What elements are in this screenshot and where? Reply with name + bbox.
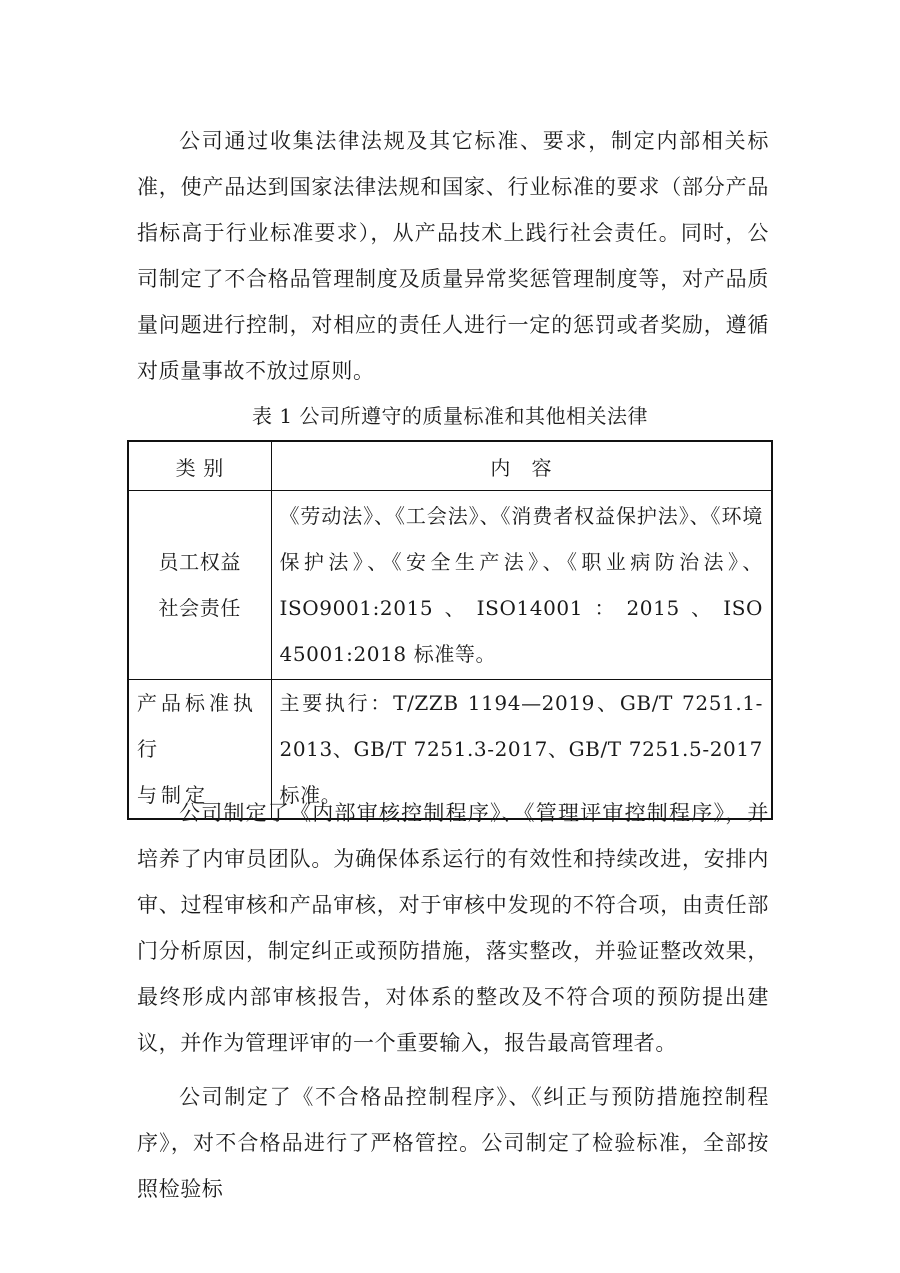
standards-table: 类 别 内 容 员工权益 社会责任 《劳动法》、《工会法》、《消费者权益保护法》… (127, 440, 773, 820)
header-category: 类 别 (128, 441, 271, 491)
row-category: 员工权益 社会责任 (128, 491, 271, 680)
document-page: 公司通过收集法律法规及其它标准、要求，制定内部相关标准，使产品达到国家法律法规和… (0, 0, 900, 1273)
category-line: 社会责任 (137, 585, 263, 631)
paragraph-internal-audit: 公司制定了《内部审核控制程序》、《管理评审控制程序》，并培养了内审员团队。为确保… (137, 790, 769, 1066)
table-caption: 表 1 公司所遵守的质量标准和其他相关法律 (0, 396, 900, 436)
header-content: 内 容 (271, 441, 772, 491)
paragraph-quality-standards-intro: 公司通过收集法律法规及其它标准、要求，制定内部相关标准，使产品达到国家法律法规和… (137, 118, 769, 394)
paragraph-nonconforming-control: 公司制定了《不合格品控制程序》、《纠正与预防措施控制程序》，对不合格品进行了严格… (137, 1074, 769, 1212)
table-header-row: 类 别 内 容 (128, 441, 772, 491)
category-line: 员工权益 (137, 539, 263, 585)
row-content: 《劳动法》、《工会法》、《消费者权益保护法》、《环境保护法》、《安全生产法》、《… (271, 491, 772, 680)
table-row: 员工权益 社会责任 《劳动法》、《工会法》、《消费者权益保护法》、《环境保护法》… (128, 491, 772, 680)
category-line: 产品标准执行 (137, 680, 263, 772)
